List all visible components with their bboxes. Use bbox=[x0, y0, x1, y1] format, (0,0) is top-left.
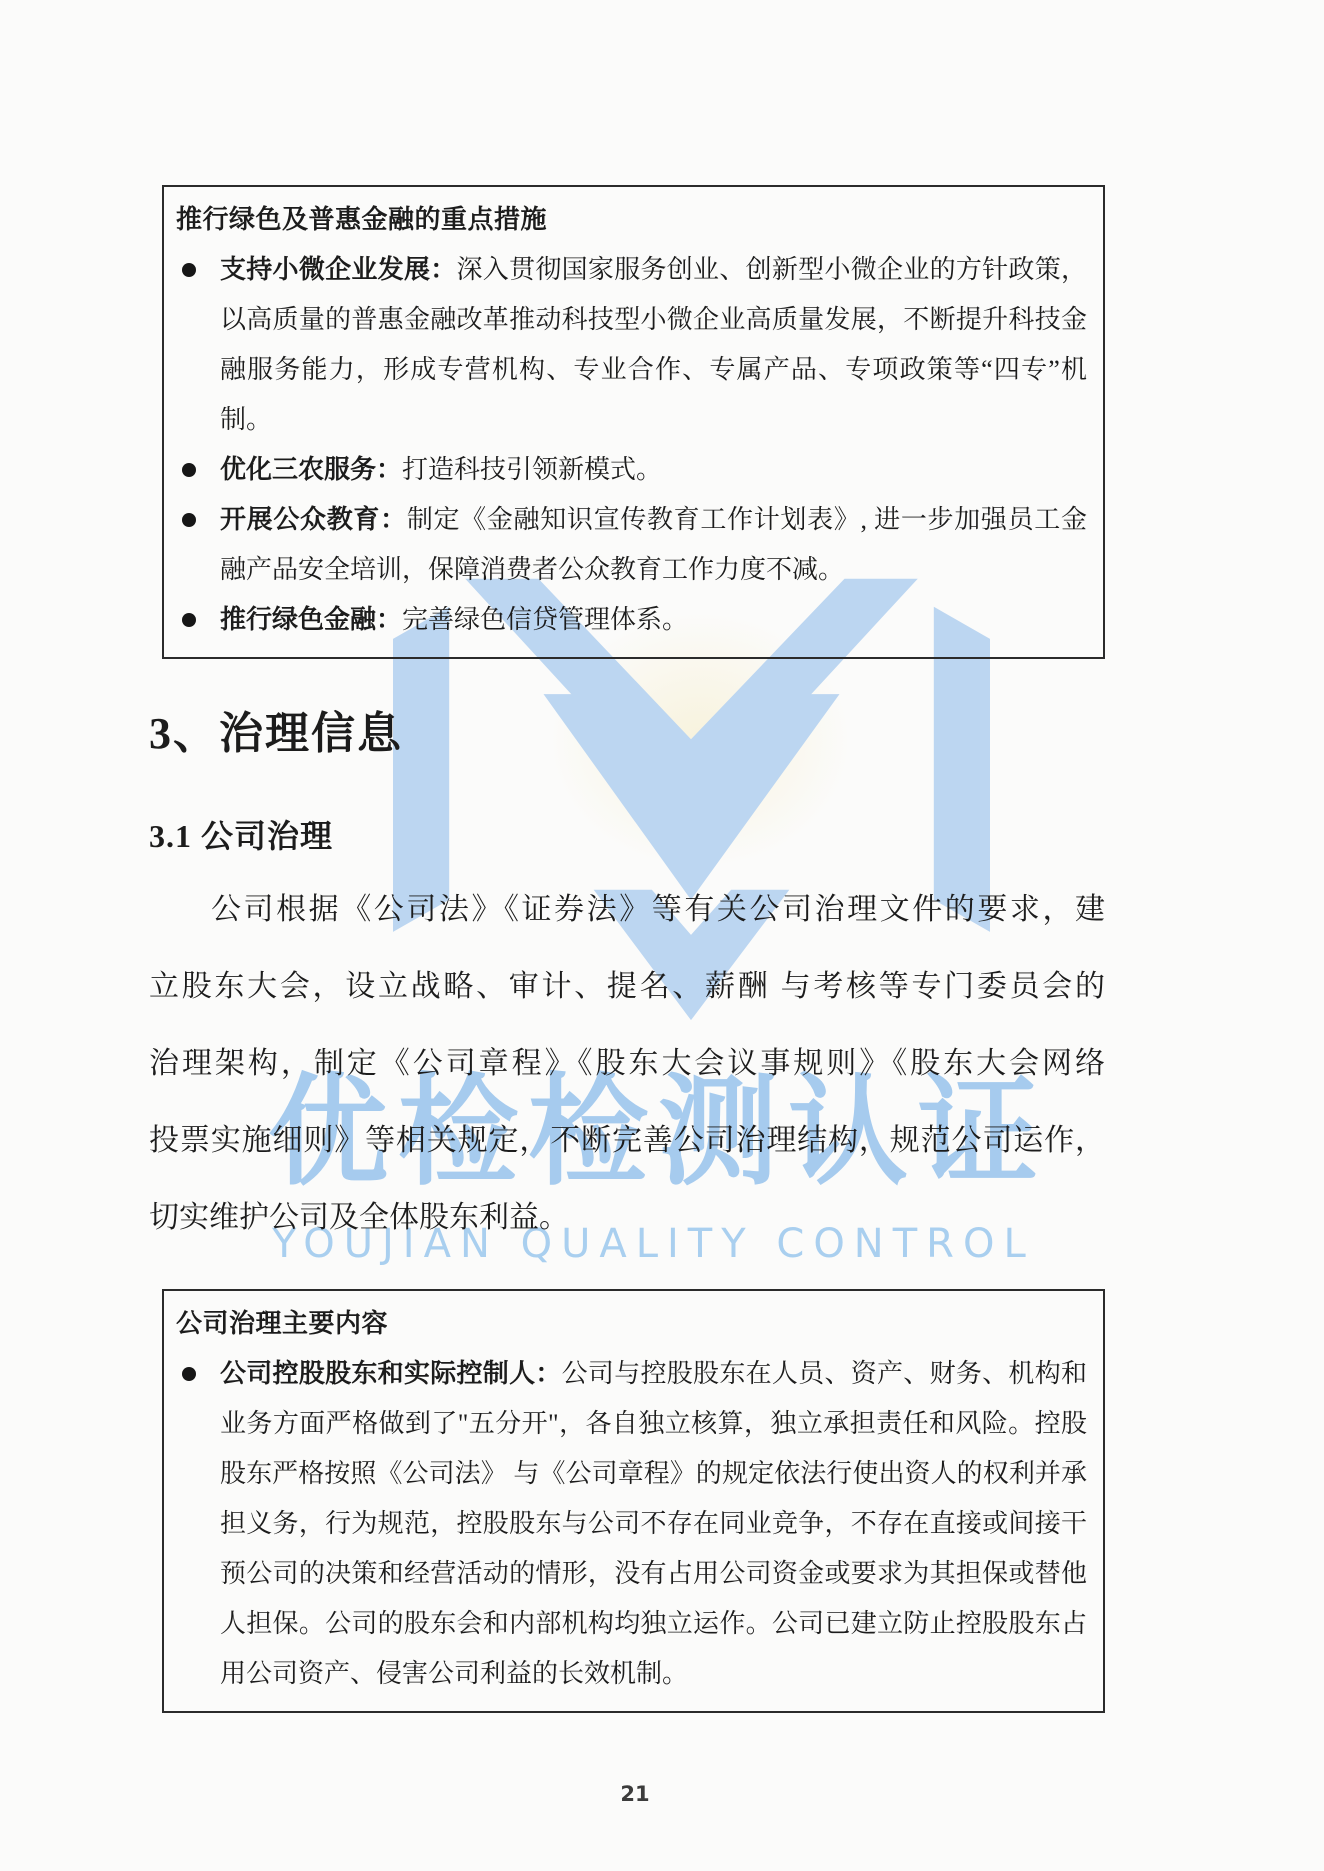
item-label: 推行绿色金融： bbox=[220, 605, 402, 634]
governance-box-title: 公司治理主要内容 bbox=[176, 1299, 1087, 1349]
paragraph-line: 公司根据《公司法》《证券法》等有关公司治理文件的要求，建 bbox=[149, 871, 1105, 948]
measures-box-title: 推行绿色及普惠金融的重点措施 bbox=[176, 195, 1087, 245]
body-paragraph: 公司根据《公司法》《证券法》等有关公司治理文件的要求，建 立股东大会，设立战略、… bbox=[149, 871, 1105, 1256]
page-number: 21 bbox=[165, 1781, 1105, 1807]
item-label: 公司控股股东和实际控制人： bbox=[220, 1359, 562, 1388]
bullet-icon bbox=[182, 263, 196, 277]
list-item: 开展公众教育：制定《金融知识宣传教育工作计划表》, 进一步加强员工金融产品安全培… bbox=[176, 495, 1087, 595]
paragraph-line: 切实维护公司及全体股东利益。 bbox=[149, 1179, 1105, 1256]
item-label: 优化三农服务： bbox=[220, 455, 402, 484]
paragraph-line: 投票实施细则》等相关规定，不断完善公司治理结构，规范公司运作， bbox=[149, 1102, 1105, 1179]
governance-box: 公司治理主要内容 公司控股股东和实际控制人：公司与控股股东在人员、资产、财务、机… bbox=[162, 1289, 1105, 1713]
paragraph-line: 立股东大会，设立战略、审计、提名、薪酬 与考核等专门委员会的 bbox=[149, 948, 1105, 1025]
measures-box: 推行绿色及普惠金融的重点措施 支持小微企业发展：深入贯彻国家服务创业、创新型小微… bbox=[162, 185, 1105, 659]
list-item: 公司控股股东和实际控制人：公司与控股股东在人员、资产、财务、机构和业务方面严格做… bbox=[176, 1349, 1087, 1699]
measures-list: 支持小微企业发展：深入贯彻国家服务创业、创新型小微企业的方针政策，以高质量的普惠… bbox=[176, 245, 1087, 645]
list-item: 支持小微企业发展：深入贯彻国家服务创业、创新型小微企业的方针政策，以高质量的普惠… bbox=[176, 245, 1087, 445]
section-heading: 3、治理信息 bbox=[149, 705, 1105, 763]
item-text: 完善绿色信贷管理体系。 bbox=[402, 605, 688, 634]
list-item: 推行绿色金融：完善绿色信贷管理体系。 bbox=[176, 595, 1087, 645]
governance-list: 公司控股股东和实际控制人：公司与控股股东在人员、资产、财务、机构和业务方面严格做… bbox=[176, 1349, 1087, 1699]
bullet-icon bbox=[182, 1367, 196, 1381]
paragraph-line: 治理架构，制定《公司章程》《股东大会议事规则》《股东大会网络 bbox=[149, 1025, 1105, 1102]
item-label: 支持小微企业发展： bbox=[220, 255, 457, 284]
bullet-icon bbox=[182, 513, 196, 527]
item-text: 打造科技引领新模式。 bbox=[402, 455, 662, 484]
item-label: 开展公众教育： bbox=[220, 505, 407, 534]
item-text: 公司与控股股东在人员、资产、财务、机构和业务方面严格做到了"五分开"，各自独立核… bbox=[220, 1359, 1087, 1688]
page-content: 推行绿色及普惠金融的重点措施 支持小微企业发展：深入贯彻国家服务创业、创新型小微… bbox=[149, 185, 1105, 1807]
bullet-icon bbox=[182, 613, 196, 627]
document-page: 优检检测认证 YOUJIAN QUALITY CONTROL 推行绿色及普惠金融… bbox=[0, 0, 1324, 1871]
subsection-heading: 3.1 公司治理 bbox=[149, 815, 1105, 857]
bullet-icon bbox=[182, 463, 196, 477]
list-item: 优化三农服务：打造科技引领新模式。 bbox=[176, 445, 1087, 495]
